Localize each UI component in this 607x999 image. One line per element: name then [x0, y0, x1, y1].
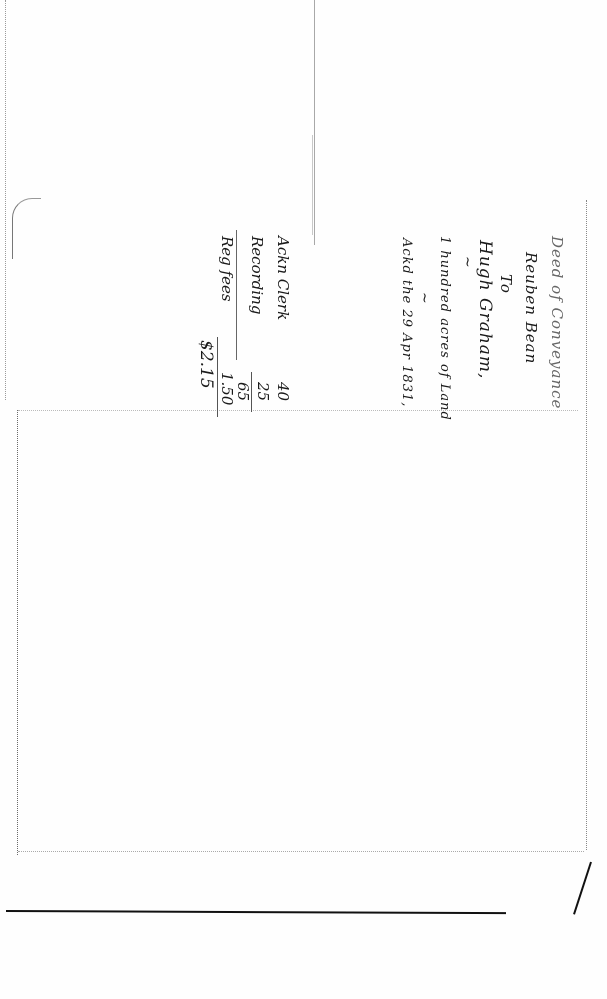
inner-panel-bottom-border	[18, 851, 584, 852]
fees-block: Ackn Clerk 40 Recording 25 65 Reg fees 1…	[190, 232, 570, 432]
fee-label-reg-fees: Reg fees	[218, 236, 236, 302]
left-page-edge	[5, 0, 6, 400]
fold-crease-line-secondary	[312, 135, 313, 235]
scanned-page: Deed of Conveyance Reuben Bean To Hugh G…	[0, 0, 607, 999]
fee-amount-recording: 25	[254, 382, 272, 401]
fee-amount-ackn-clerk: 40	[274, 382, 292, 401]
fees-vertical-rule	[236, 230, 237, 360]
fee-subtotal: 65	[234, 382, 252, 401]
page-corner-edge	[573, 862, 592, 915]
inner-panel-right-border	[586, 200, 587, 850]
fee-label-recording: Recording	[248, 236, 266, 314]
paper-curl-mark	[12, 198, 41, 259]
inner-panel-left-border	[17, 410, 18, 855]
total-rule	[217, 337, 218, 417]
fold-crease-line	[314, 0, 315, 245]
fee-total: $2.15	[196, 340, 216, 389]
fee-amount-reg-fees: 1.50	[218, 372, 236, 405]
page-bottom-edge	[6, 910, 506, 914]
fees-rotated-content: Ackn Clerk 40 Recording 25 65 Reg fees 1…	[190, 232, 300, 432]
fee-label-ackn-clerk: Ackn Clerk	[274, 236, 292, 320]
